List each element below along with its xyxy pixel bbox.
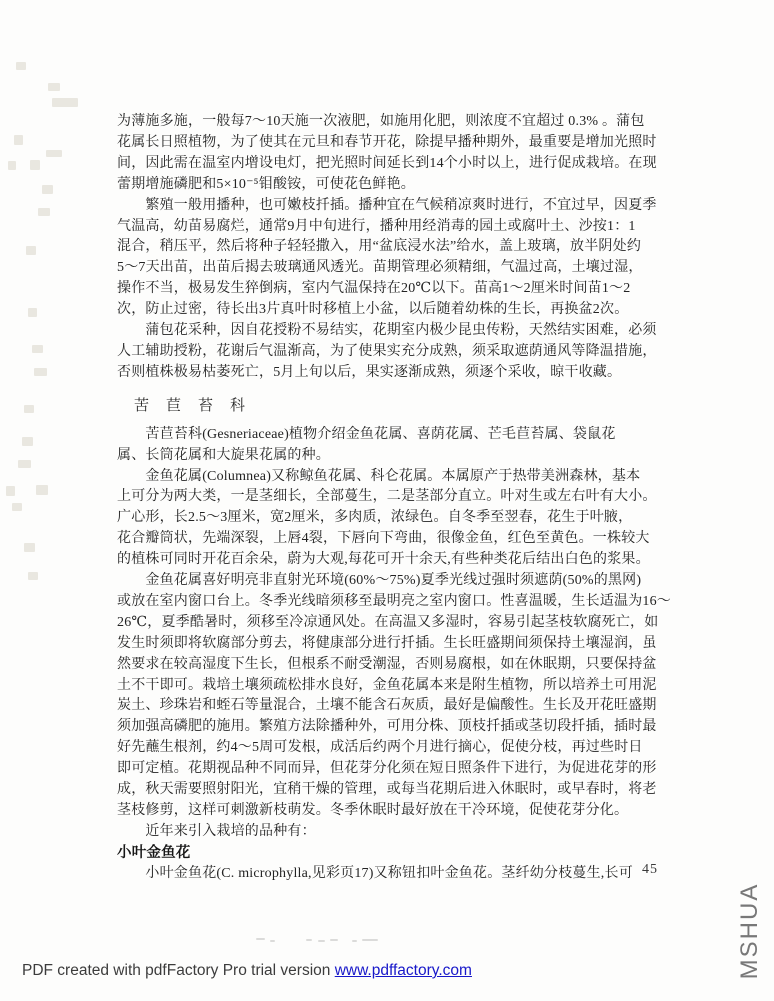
- body-paragraph: 金鱼花属(Columnea)又称鲸鱼花属、科仑花属。本属原产于热带美洲森林，基本…: [117, 467, 679, 572]
- body-paragraph: 近年来引入栽培的品种有：: [117, 822, 679, 843]
- scanned-page: 为薄施多施，一般每7～10天施一次液肥，如施用化肥，则浓度不宜超过 0.3% 。…: [0, 0, 774, 1001]
- body-paragraph: 繁殖一般用播种，也可嫩枝扦插。播种宜在气候稍凉爽时进行，不宜过早，因夏季 气温高…: [117, 196, 679, 321]
- body-paragraph: 苦苣苔科(Gesneriaceae)植物介绍金鱼花属、喜荫花属、芒毛苣苔属、袋鼠…: [117, 425, 679, 467]
- body-paragraph: 为薄施多施，一般每7～10天施一次液肥，如施用化肥，则浓度不宜超过 0.3% 。…: [117, 112, 679, 196]
- vertical-watermark-text: MSHUA: [736, 875, 764, 987]
- body-paragraph: 金鱼花属喜好明亮非直射光环境(60%～75%)夏季光线过强时须遮荫(50%的黑网…: [117, 571, 679, 822]
- cultivar-heading: 小叶金鱼花: [117, 843, 679, 864]
- section-heading: 苦苣苔科: [117, 396, 679, 417]
- body-paragraph: 小叶金鱼花(C. microphylla,见彩页17)又称钮扣叶金鱼花。茎纤幼分…: [117, 864, 679, 885]
- footer-text: PDF created with pdfFactory Pro trial ve…: [22, 962, 335, 979]
- pdf-watermark-footer: PDF created with pdfFactory Pro trial ve…: [22, 962, 472, 980]
- pdffactory-link[interactable]: www.pdffactory.com: [335, 962, 472, 979]
- body-paragraph: 蒲包花采种，因自花授粉不易结实，花期室内极少昆虫传粉，天然结实困难，必须 人工辅…: [117, 321, 679, 384]
- page-text-column: 为薄施多施，一般每7～10天施一次液肥，如施用化肥，则浓度不宜超过 0.3% 。…: [117, 112, 679, 885]
- page-number: 45: [642, 862, 658, 878]
